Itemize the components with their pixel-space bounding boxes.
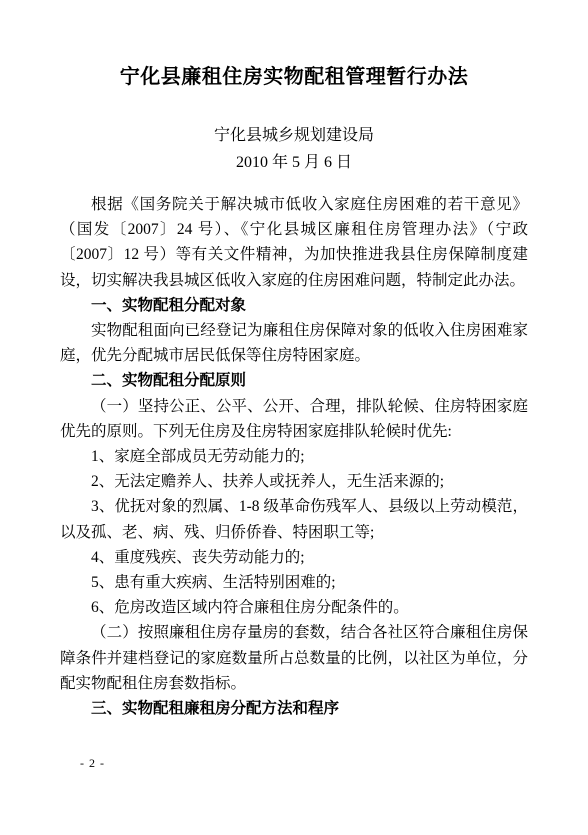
- section-heading-1: 一、实物配租分配对象: [60, 293, 528, 318]
- section-heading-3: 三、实物配租廉租房分配方法和程序: [60, 696, 528, 721]
- document-body: 根据《国务院关于解决城市低收入家庭住房困难的若干意见》（国发〔2007〕24 号…: [60, 192, 528, 721]
- paragraph-principle-2: （二）按照廉租住房存量房的套数，结合各社区符合廉租住房保障条件并建档登记的家庭数…: [60, 620, 528, 696]
- section-heading-2: 二、实物配租分配原则: [60, 368, 528, 393]
- list-item-6: 6、危房改造区域内符合廉租住房分配条件的。: [60, 595, 528, 620]
- byline: 宁化县城乡规划建设局 2010 年 5 月 6 日: [60, 122, 528, 176]
- paragraph-intro: 根据《国务院关于解决城市低收入家庭住房困难的若干意见》（国发〔2007〕24 号…: [60, 192, 528, 293]
- list-item-2: 2、无法定赡养人、扶养人或抚养人，无生活来源的;: [60, 469, 528, 494]
- paragraph-allocation-target: 实物配租面向已经登记为廉租住房保障对象的低收入住房困难家庭，优先分配城市居民低保…: [60, 318, 528, 368]
- page-number: - 2 -: [80, 756, 105, 771]
- issue-date: 2010 年 5 月 6 日: [60, 149, 528, 176]
- list-item-1: 1、家庭全部成员无劳动能力的;: [60, 444, 528, 469]
- list-item-3: 3、优抚对象的烈属、1-8 级革命伤残军人、县级以上劳动模范，以及孤、老、病、残…: [60, 494, 528, 544]
- list-item-4: 4、重度残疾、丧失劳动能力的;: [60, 545, 528, 570]
- paragraph-principle-1: （一）坚持公正、公平、公开、合理，排队轮候、住房特困家庭优先的原则。下列无住房及…: [60, 394, 528, 444]
- list-item-5: 5、患有重大疾病、生活特别困难的;: [60, 570, 528, 595]
- document-page: 宁化县廉租住房实物配租管理暂行办法 宁化县城乡规划建设局 2010 年 5 月 …: [0, 0, 588, 835]
- document-title: 宁化县廉租住房实物配租管理暂行办法: [60, 62, 528, 92]
- issuing-agency: 宁化县城乡规划建设局: [60, 122, 528, 149]
